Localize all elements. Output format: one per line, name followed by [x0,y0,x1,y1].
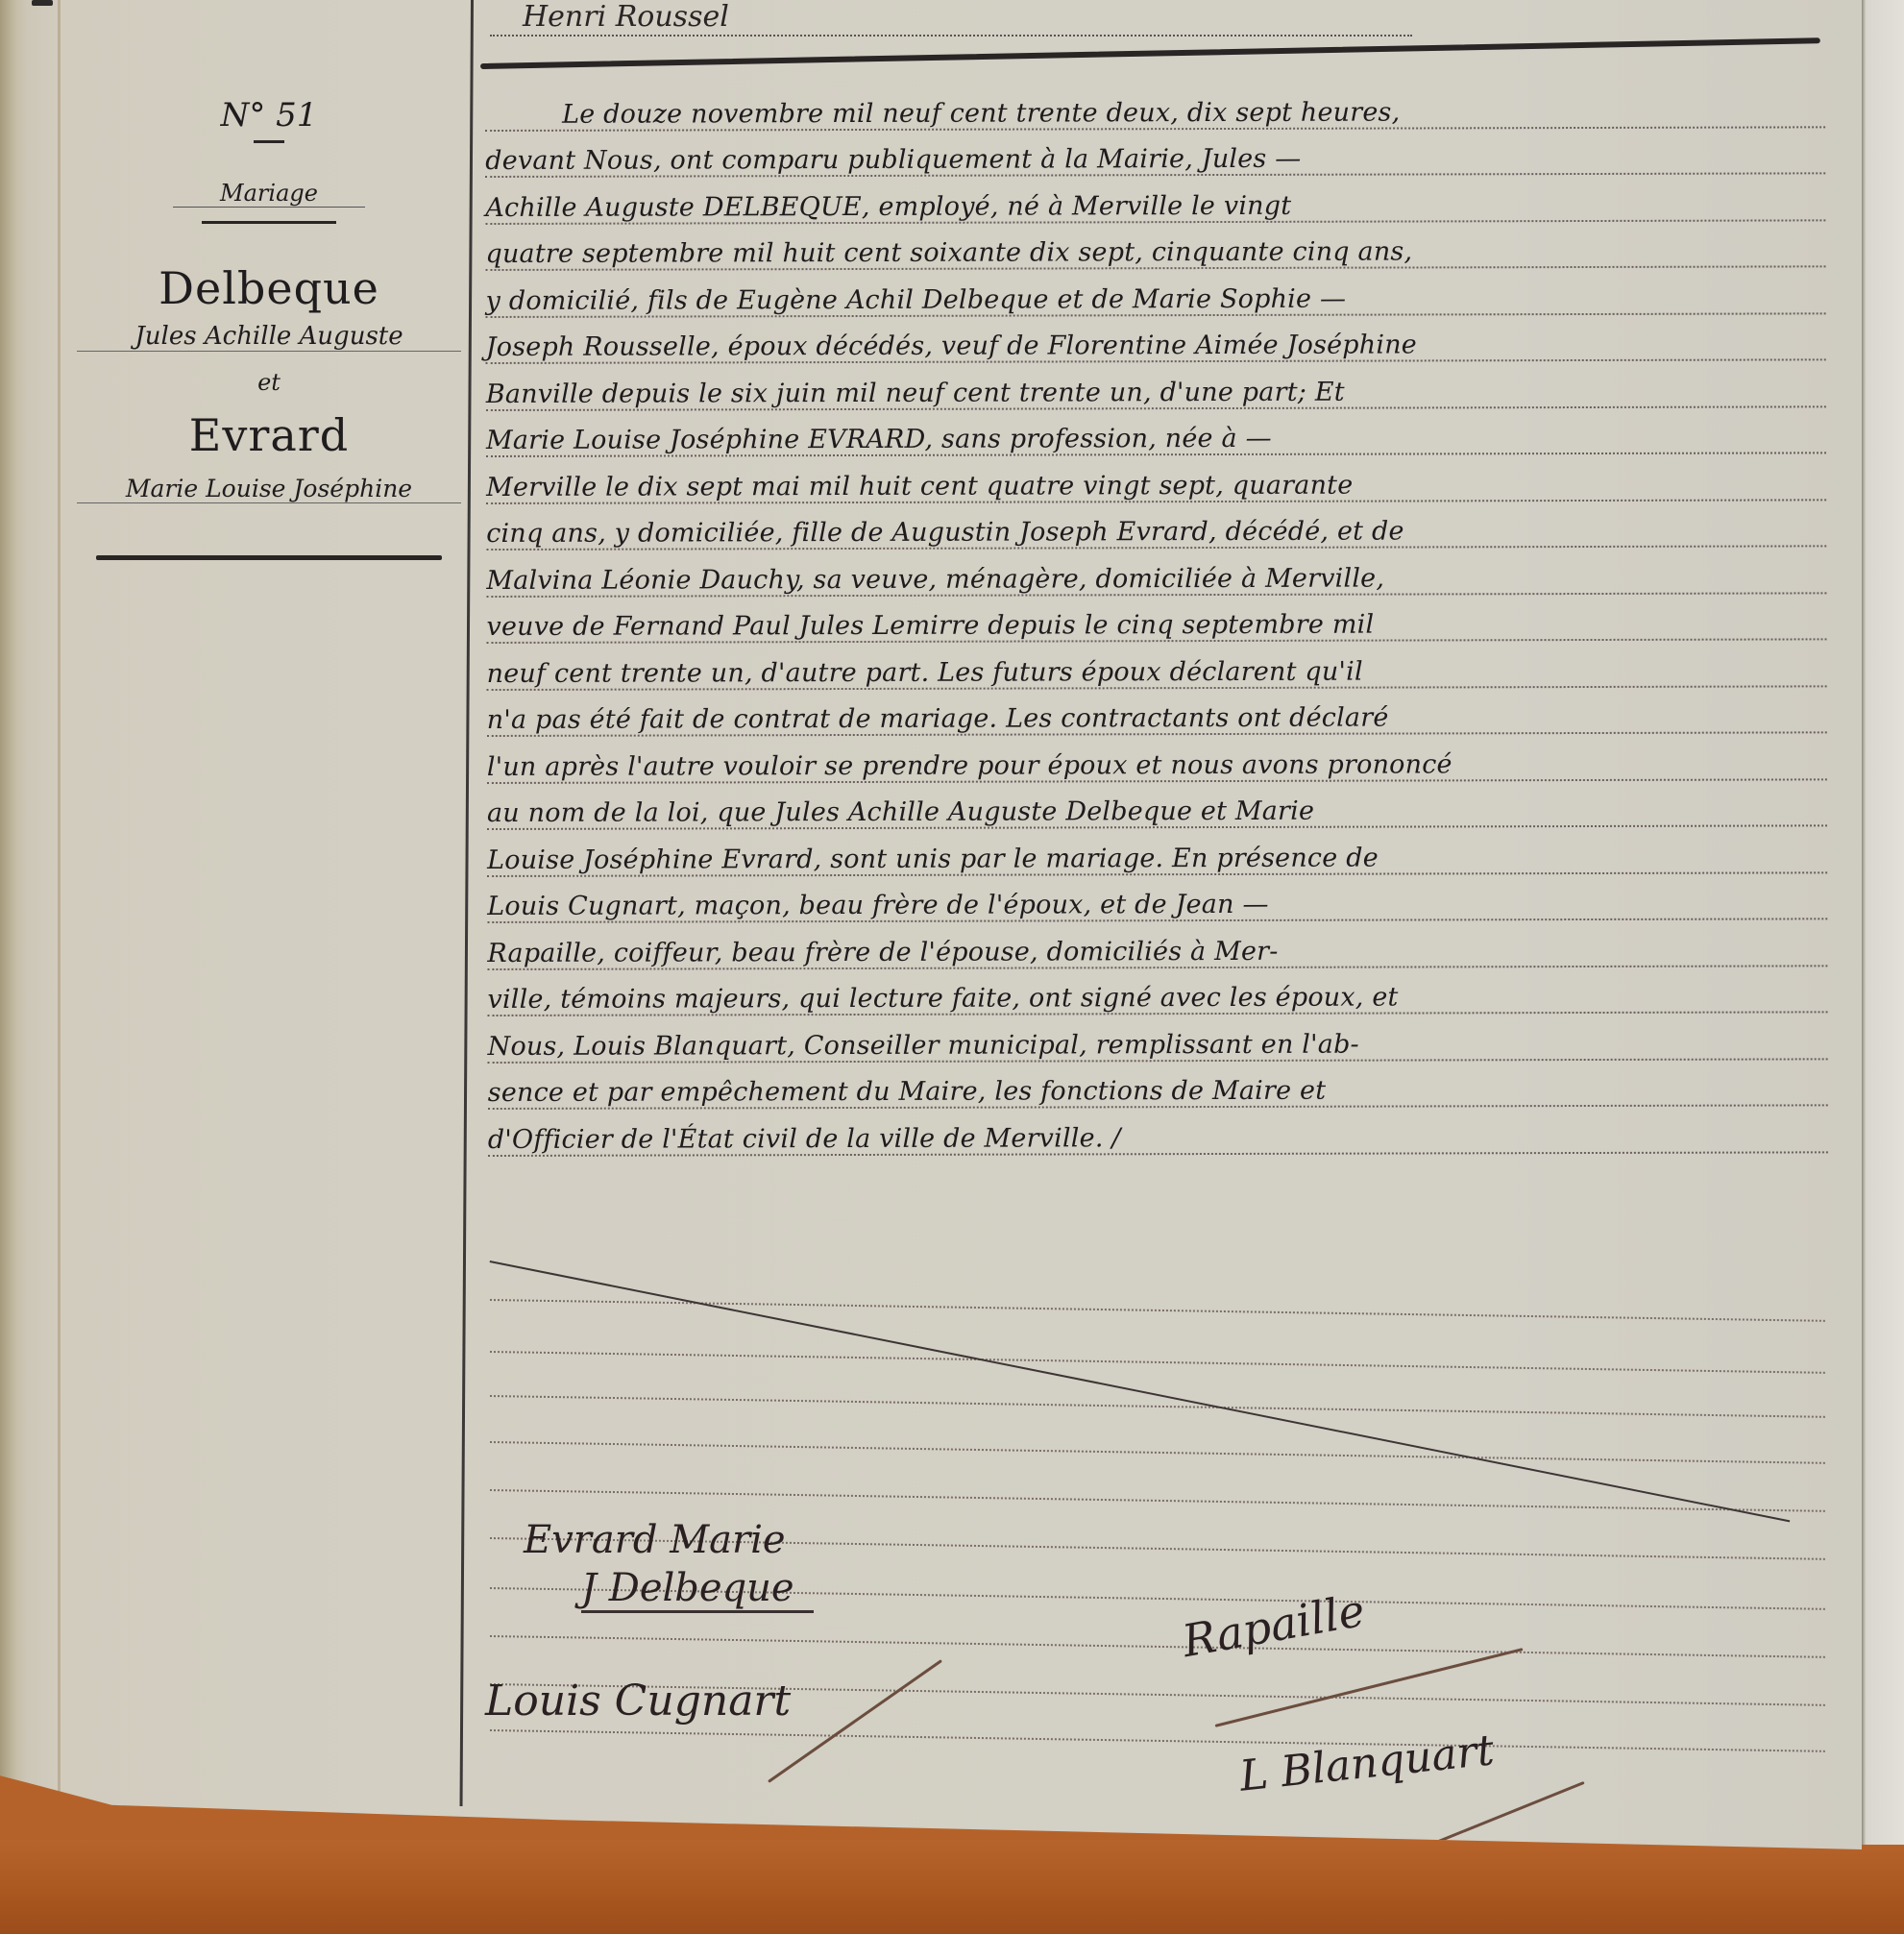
act-line: Louise Joséphine Evrard, sont unis par l… [487,830,1827,880]
entry-number-rule [254,140,284,143]
dotted-rule [490,1395,1825,1418]
act-line: neuf cent trente un, d'autre part. Les f… [487,644,1827,694]
signature-bride: Evrard Marie [524,1518,786,1562]
act-line: ville, témoins majeurs, qui lecture fait… [487,970,1827,1020]
act-line: Nous, Louis Blanquart, Conseiller munici… [488,1016,1828,1066]
bride-given-names: Marie Louise Joséphine [77,475,461,503]
margin-end-rule [96,555,442,560]
act-type: Mariage [173,180,365,208]
previous-entry-line: Henri Roussel [490,2,1816,40]
dotted-rule [490,1635,1825,1658]
dotted-rule [490,35,1412,37]
act-line: cinq ans, y domiciliée, fille de Augusti… [486,504,1826,554]
previous-entry-name: Henri Roussel [523,0,729,34]
dotted-rule [490,1351,1825,1374]
wooden-table-surface [0,1840,1904,1934]
act-line: d'Officier de l'État civil de la ville d… [488,1110,1828,1160]
act-line: Malvina Léonie Dauchy, sa veuve, ménagèr… [486,551,1826,600]
groom-surname: Delbeque [77,262,461,314]
top-ink-mark [32,0,53,6]
act-line: sence et par empêchement du Maire, les f… [488,1064,1828,1114]
act-line: Merville le dix sept mai mil huit cent q… [486,457,1826,507]
register-page: Henri Roussel N° 51 Mariage Delbeque Jul… [0,0,1862,1849]
act-line: n'a pas été fait de contrat de mariage. … [487,691,1827,741]
act-line: Marie Louise Joséphine EVRARD, sans prof… [486,411,1826,461]
conjunction: et [77,369,461,396]
next-page-edge [1862,0,1904,1845]
groom-given-names: Jules Achille Auguste [77,322,461,352]
act-line: Louis Cugnart, maçon, beau frère de l'ép… [487,877,1827,927]
dotted-rule [490,1489,1825,1512]
act-line: au nom de la loi, que Jules Achille Augu… [487,784,1827,834]
act-line: Achille Auguste DELBEQUE, employé, né à … [485,178,1825,228]
binding-edge [0,0,27,1825]
margin-annotation: N° 51 Mariage Delbeque Jules Achille Aug… [77,86,461,560]
act-line: quatre septembre mil huit cent soixante … [485,225,1825,275]
act-line: Banville depuis le six juin mil neuf cen… [486,364,1826,414]
dotted-rule [490,1729,1825,1752]
act-line: Joseph Rousselle, époux décédés, veuf de… [486,318,1826,368]
margin-rule [460,0,474,1806]
act-line: veuve de Fernand Paul Jules Lemirre depu… [486,598,1826,648]
act-line: l'un après l'autre vouloir se prendre po… [487,737,1827,787]
page-fold-line [58,0,61,1806]
act-line: devant Nous, ont comparu publiquement à … [485,132,1825,182]
act-type-rule [202,221,336,224]
signature-witness-cugnart: Louis Cugnart [485,1677,791,1726]
entry-separator [480,37,1820,69]
act-line: Rapaille, coiffeur, beau frère de l'épou… [487,923,1827,973]
dotted-rule [490,1441,1825,1464]
act-body: Le douze novembre mil neuf cent trente d… [485,85,1828,1160]
act-line: Le douze novembre mil neuf cent trente d… [485,85,1825,135]
entry-number: N° 51 [77,96,461,135]
bride-surname: Evrard [77,409,461,461]
act-line: y domicilié, fils de Eugène Achil Delbeq… [486,271,1826,321]
cancellation-diagonal [490,1261,1791,1522]
signature-groom: J Delbeque [581,1566,814,1613]
